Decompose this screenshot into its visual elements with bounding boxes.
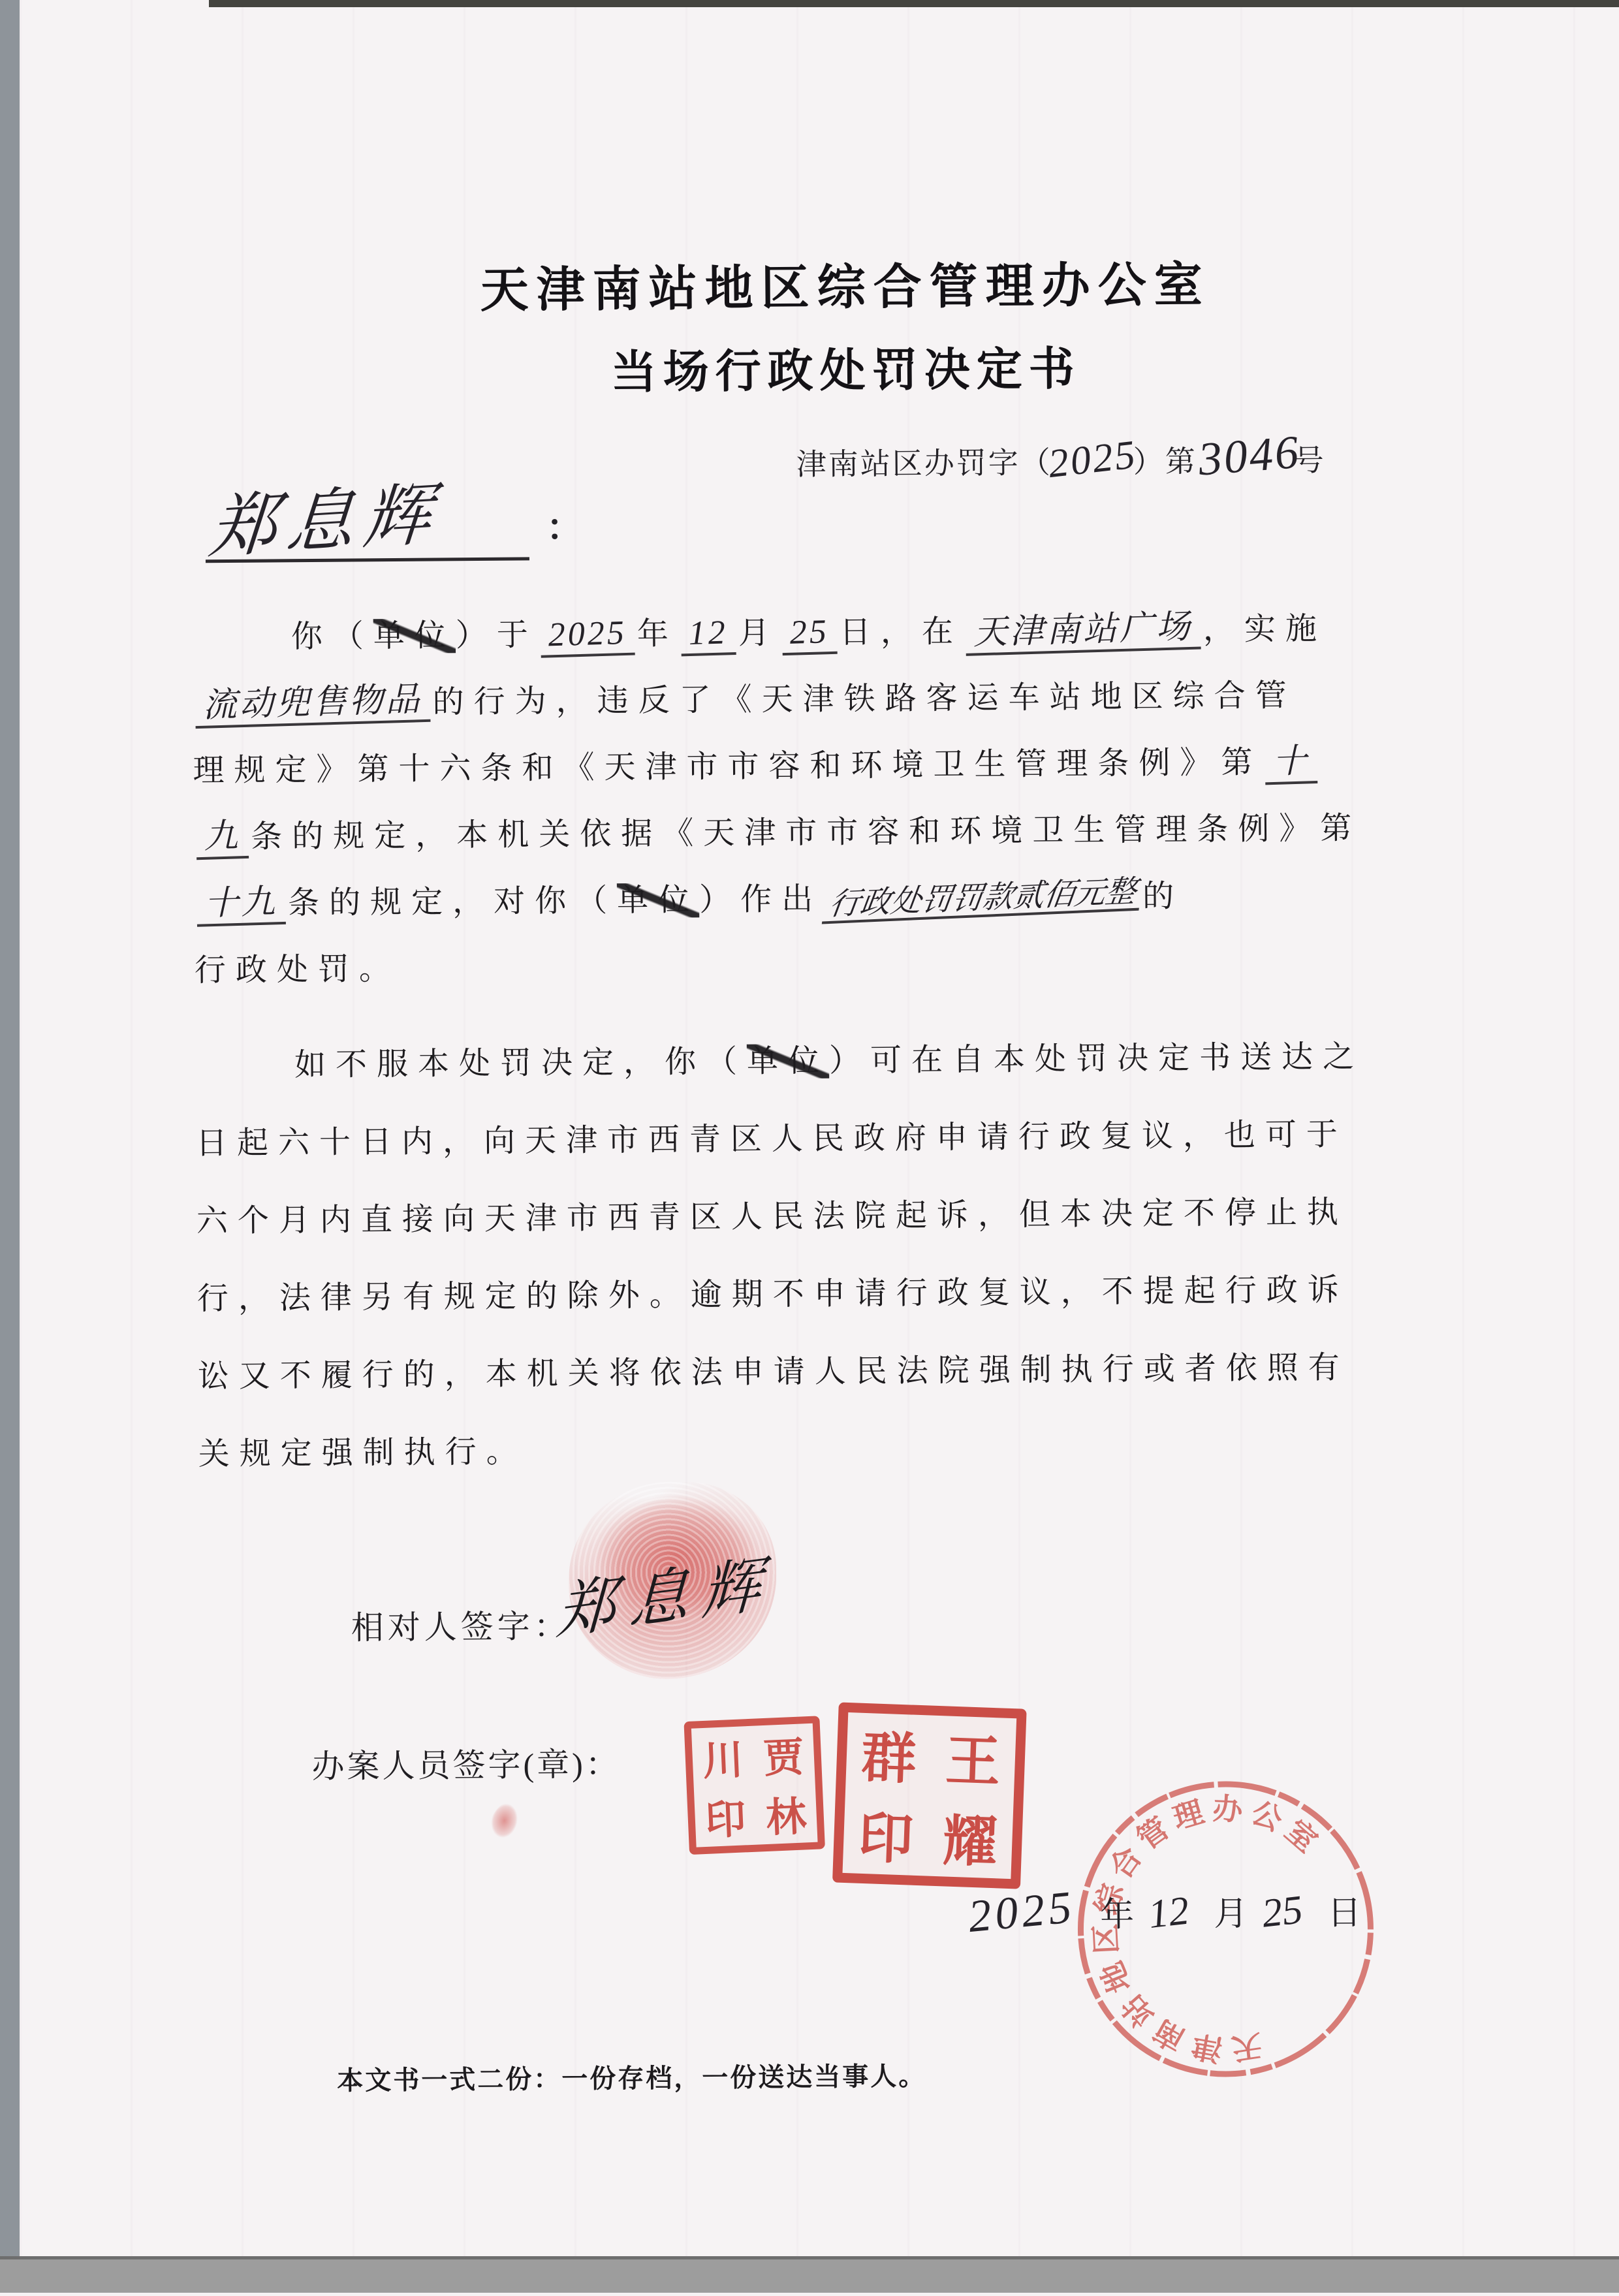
handwritten-fill: 十九 xyxy=(196,883,286,927)
handwritten-fill: 25 xyxy=(781,613,838,656)
struck-text: 单位 xyxy=(617,883,699,918)
struck-text: 单位 xyxy=(373,618,456,653)
officer-signature-label: 办案人员签字(章)： xyxy=(311,1738,621,1787)
printed-text: ）于 xyxy=(456,618,538,653)
handwritten-serial: 3046 xyxy=(1197,425,1302,487)
struck-text: 单位 xyxy=(747,1044,829,1079)
red-ink-smudge xyxy=(479,1797,527,1871)
handwritten-fill: 12 xyxy=(680,614,736,657)
handwritten-fill: 流动兜售物品 xyxy=(195,681,431,729)
body-line: 如不服本处罚决定，你（单位）可在自本处罚决定书送达之 xyxy=(195,1030,1561,1080)
seal-character: 印 xyxy=(843,1793,930,1876)
printed-text: 如不服本处罚决定，你（ xyxy=(294,1045,747,1082)
party-signature-label: 相对人签字： xyxy=(351,1600,571,1649)
seal-character: 林 xyxy=(755,1783,818,1845)
body-line: 日起六十日内，向天津市西青区人民政府申请行政复议，也可于 xyxy=(196,1108,1462,1158)
addressee-underline: 郑息辉 xyxy=(205,486,529,563)
year-label: 年 xyxy=(1100,1887,1135,1936)
printed-text: 日，在 xyxy=(840,614,963,650)
body-line: 六个月内直接向天津市西青区人民法院起诉，但本决定不停止执 xyxy=(196,1186,1463,1236)
printed-text: 条的规定，对你（ xyxy=(288,883,617,920)
printed-text: 你（ xyxy=(291,619,373,654)
body-line: 行政处罚。 xyxy=(195,935,1461,985)
handwritten-date-year: 2025 xyxy=(966,1881,1078,1943)
body-line: 理规定》第十六条和《天津市市容和环境卫生管理条例》第十 xyxy=(193,735,1459,785)
scanner-edge-left xyxy=(0,0,20,2289)
printed-text: 月 xyxy=(738,616,779,650)
body-line: 十九条的规定，对你（单位）作出行政处罚罚款贰佰元整的 xyxy=(194,868,1460,919)
seal-character: 王 xyxy=(930,1716,1016,1799)
printed-text: 的行为，违反了《天津铁路客运车站地区综合管 xyxy=(432,678,1296,719)
handwritten-fill: 2025 xyxy=(540,614,635,658)
printed-text: 的 xyxy=(1142,879,1184,913)
printed-text: ，实施 xyxy=(1203,612,1327,647)
footer-note: 本文书一式二份：一份存档，一份送达当事人。 xyxy=(337,2056,926,2098)
officer-name-seal-2: 群王印耀 xyxy=(832,1703,1027,1889)
body-line: 关规定强制执行。 xyxy=(198,1419,1464,1469)
handwritten-date-month: 12 xyxy=(1146,1887,1191,1938)
handwritten-cursive-fill: 行政处罚罚款贰佰元整 xyxy=(822,875,1144,924)
body-line: 讼又不履行的，本机关将依法申请人民法院强制执行或者依照有 xyxy=(197,1341,1464,1391)
scanned-document-page: 天津南站地区综合管理办公室 当场行政处罚决定书 津南站区办罚字（ 2025 ）第… xyxy=(0,0,1619,2289)
document-title: 当场行政处罚决定书 xyxy=(78,328,1613,405)
printed-text: 六个月内直接向天津市西青区人民法院起诉，但本决定不停止执 xyxy=(196,1195,1348,1239)
seal-character: 贾 xyxy=(752,1723,815,1785)
printed-text: 行政处罚。 xyxy=(195,952,400,988)
date-line: 2025 年 12 月 25 日 xyxy=(968,1883,1376,1939)
printed-text: ）可在自本处罚决定书送达之 xyxy=(829,1039,1364,1078)
body-line: 流动兜售物品的行为，违反了《天津铁路客运车站地区综合管 xyxy=(192,668,1458,719)
handwritten-fill: 十 xyxy=(1265,742,1318,785)
seal-character: 川 xyxy=(691,1726,755,1788)
addressee-colon: ： xyxy=(546,499,583,551)
doc-number-prefix: 津南站区办罚字（ xyxy=(796,439,1053,484)
body-line: 行，法律另有规定的除外。逾期不申请行政复议，不提起行政诉 xyxy=(197,1263,1464,1313)
body-line: 九条的规定，本机关依据《天津市市容和环境卫生管理条例》第 xyxy=(193,802,1460,852)
printed-text: 关规定强制执行。 xyxy=(198,1434,527,1471)
org-title: 天津南站地区综合管理办公室 xyxy=(78,243,1612,324)
handwritten-fill: 天津南站广场 xyxy=(965,608,1201,657)
printed-text: 条的规定，本机关依据《天津市市容和环境卫生管理条例》第 xyxy=(251,811,1361,854)
handwritten-fill: 九 xyxy=(195,817,249,860)
body-line: 你（单位）于2025年12月25日，在天津南站广场，实施 xyxy=(192,601,1558,652)
printed-text: 年 xyxy=(637,617,678,652)
officer-name-seal-1: 川贾印林 xyxy=(684,1716,825,1855)
seal-character: 群 xyxy=(845,1712,932,1796)
scanner-edge-bottom xyxy=(0,2256,1619,2289)
printed-text: 讼又不履行的，本机关将依法申请人民法院强制执行或者依照有 xyxy=(198,1351,1349,1394)
printed-text: 行，法律另有规定的除外。逾期不申请行政复议，不提起行政诉 xyxy=(197,1273,1349,1317)
seal-character: 耀 xyxy=(926,1796,1013,1879)
doc-number-middle: ）第 xyxy=(1133,437,1198,481)
addressee-line: 郑息辉 ： xyxy=(205,486,583,563)
scanner-edge-top xyxy=(209,0,1619,7)
seal-character: 印 xyxy=(694,1785,757,1848)
printed-text: ）作出 xyxy=(699,882,823,917)
doc-number-line: 津南站区办罚字（ 2025 ）第 3046 号 xyxy=(796,428,1326,486)
month-label: 月 xyxy=(1214,1886,1248,1935)
handwritten-date-day: 25 xyxy=(1259,1887,1305,1938)
day-label: 日 xyxy=(1327,1885,1362,1934)
printed-text: 日起六十日内，向天津市西青区人民政府申请行政复议，也可于 xyxy=(196,1118,1347,1161)
handwritten-year: 2025 xyxy=(1046,432,1139,488)
printed-text: 理规定》第十六条和《天津市市容和环境卫生管理条例》第 xyxy=(193,746,1262,789)
addressee-handwritten-name: 郑息辉 xyxy=(207,481,443,563)
